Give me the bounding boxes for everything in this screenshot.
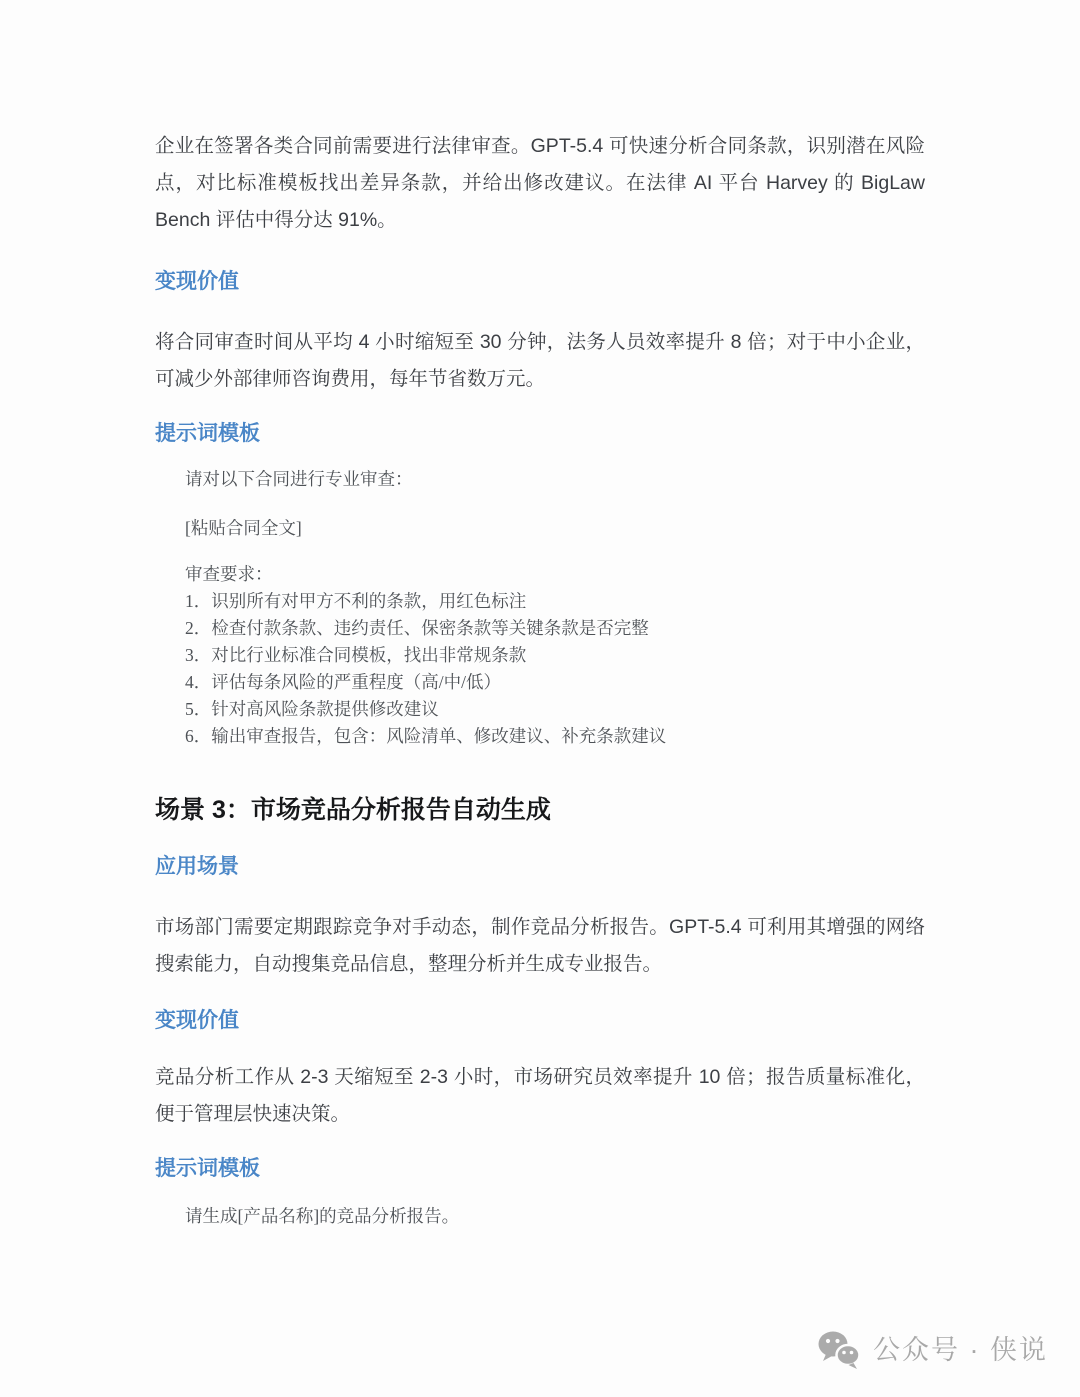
article-page: 企业在签署各类合同前需要进行法律审查。GPT-5.4 可快速分析合同条款，识别潜…	[0, 0, 1080, 1397]
watermark: 公众号 · 侠说	[817, 1330, 1048, 1370]
template-placeholder-line: [粘贴合同全文]	[185, 515, 925, 542]
paragraph-application-scene3: 市场部门需要定期跟踪竞争对手动态，制作竞品分析报告。GPT-5.4 可利用其增强…	[155, 909, 925, 983]
template-requirements-label: 审查要求：	[185, 561, 925, 588]
template-blank-line	[185, 542, 925, 561]
wechat-icon	[817, 1330, 861, 1370]
template-list-item: 2．检查付款条款、违约责任、保密条款等关键条款是否完整	[185, 615, 925, 642]
template-blank-line	[185, 493, 925, 515]
paragraph-monetization-scene2: 将合同审查时间从平均 4 小时缩短至 30 分钟，法务人员效率提升 8 倍；对于…	[155, 324, 925, 398]
paragraph-legal-application: 企业在签署各类合同前需要进行法律审查。GPT-5.4 可快速分析合同条款，识别潜…	[155, 128, 925, 239]
template-list-item: 1．识别所有对甲方不利的条款，用红色标注	[185, 588, 925, 615]
template-list-item: 4．评估每条风险的严重程度（高/中/低）	[185, 669, 925, 696]
heading-monetization-value-scene3: 变现价值	[155, 1007, 925, 1035]
heading-application-scene3: 应用场景	[155, 853, 925, 881]
heading-prompt-template-scene3: 提示词模板	[155, 1155, 925, 1183]
heading-monetization-value-scene2: 变现价值	[155, 268, 925, 296]
template-list-item: 5．针对高风险条款提供修改建议	[185, 696, 925, 723]
prompt-template-block-scene2: 请对以下合同进行专业审查： [粘贴合同全文] 审查要求： 1．识别所有对甲方不利…	[185, 466, 925, 750]
template-prompt-line: 请生成[产品名称]的竞品分析报告。	[185, 1203, 925, 1230]
template-list-item: 6．输出审查报告，包含：风险清单、修改建议、补充条款建议	[185, 723, 925, 750]
watermark-text: 公众号 · 侠说	[873, 1330, 1048, 1370]
heading-prompt-template-scene2: 提示词模板	[155, 420, 925, 448]
template-intro-line: 请对以下合同进行专业审查：	[185, 466, 925, 493]
scene3-title: 场景 3：市场竞品分析报告自动生成	[155, 793, 925, 827]
paragraph-monetization-scene3: 竞品分析工作从 2-3 天缩短至 2-3 小时，市场研究员效率提升 10 倍；报…	[155, 1059, 925, 1133]
prompt-template-block-scene3: 请生成[产品名称]的竞品分析报告。	[185, 1203, 925, 1230]
template-list-item: 3．对比行业标准合同模板，找出非常规条款	[185, 642, 925, 669]
